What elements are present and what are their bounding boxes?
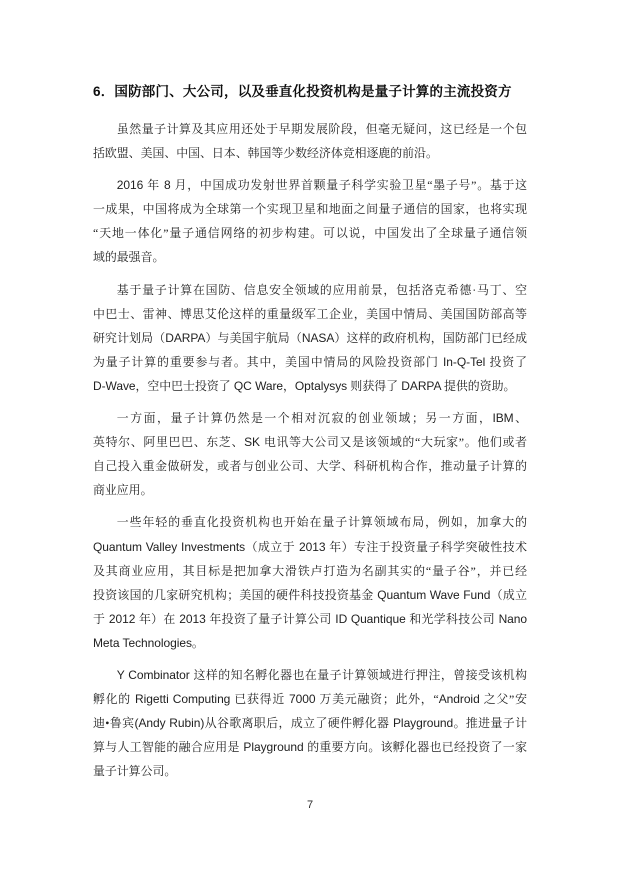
paragraph-line: 于 2012 年）在 2013 年投资了量子计算公司 ID Quantique … <box>93 607 527 631</box>
paragraph-line: 2016 年 8 月，中国成功发射世界首颗量子科学实验卫星“墨子号”。基于这 <box>93 173 527 197</box>
paragraph: 2016 年 8 月，中国成功发射世界首颗量子科学实验卫星“墨子号”。基于这一成… <box>93 173 527 269</box>
section-heading: 6．国防部门、大公司，以及垂直化投资机构是量子计算的主流投资方 <box>93 84 527 99</box>
paragraph-line: 迪•鲁宾(Andy Rubin)从谷歌离职后，成立了硬件孵化器 Playgrou… <box>93 711 527 735</box>
paragraph-line: 一方面，量子计算仍然是一个相对沉寂的创业领域；另一方面，IBM、Google、 <box>93 406 527 430</box>
paragraph-line: 投资该国的几家研究机构；美国的硬件科技投资基金 Quantum Wave Fun… <box>93 583 527 607</box>
paragraph: 一些年轻的垂直化投资机构也开始在量子计算领域布局，例如，加拿大的Quantum … <box>93 510 527 655</box>
document-page: 6．国防部门、大公司，以及垂直化投资机构是量子计算的主流投资方 虽然量子计算及其… <box>0 0 620 877</box>
paragraph-line: 虽然量子计算及其应用还处于早期发展阶段，但毫无疑问，这已经是一个包 <box>93 117 527 141</box>
paragraph-line: 中巴士、雷神、博思艾伦这样的重量级军工企业，美国中情局、美国国防部高等 <box>93 302 527 326</box>
paragraph-line: 一些年轻的垂直化投资机构也开始在量子计算领域布局，例如，加拿大的 <box>93 510 527 534</box>
paragraph-line: 孵化的 Rigetti Computing 已获得近 7000 万美元融资；此外… <box>93 687 527 711</box>
paragraph-line: Y Combinator 这样的知名孵化器也在量子计算领域进行押注，曾接受该机构 <box>93 663 527 687</box>
paragraph-line: 商业应用。 <box>93 478 527 502</box>
paragraph: Y Combinator 这样的知名孵化器也在量子计算领域进行押注，曾接受该机构… <box>93 663 527 783</box>
paragraph-line: 英特尔、阿里巴巴、东芝、SK 电讯等大公司又是该领域的“大玩家”。他们或者 <box>93 430 527 454</box>
paragraph: 基于量子计算在国防、信息安全领域的应用前景，包括洛克希德·马丁、空中巴士、雷神、… <box>93 278 527 398</box>
paragraph-line: 量子计算公司。 <box>93 759 527 783</box>
paragraph-line: 为量子计算的重要参与者。其中，美国中情局的风险投资部门 In-Q-Tel 投资了 <box>93 350 527 374</box>
paragraph: 虽然量子计算及其应用还处于早期发展阶段，但毫无疑问，这已经是一个包括欧盟、美国、… <box>93 117 527 165</box>
paragraph-line: Quantum Valley Investments（成立于 2013 年）专注… <box>93 535 527 559</box>
paragraph-line: Meta Technologies。 <box>93 631 527 655</box>
paragraph-line: 及其商业应用，其目标是把加拿大滑铁卢打造为名副其实的“量子谷”，并已经 <box>93 559 527 583</box>
paragraph-line: 一成果，中国将成为全球第一个实现卫星和地面之间量子通信的国家，也将实现 <box>93 197 527 221</box>
paragraph-line: 自己投入重金做研发，或者与创业公司、大学、科研机构合作，推动量子计算的 <box>93 454 527 478</box>
paragraph-line: D-Wave，空中巴士投资了 QC Ware，Optalysys 则获得了 DA… <box>93 374 527 398</box>
page-number: 7 <box>93 799 527 812</box>
paragraph: 一方面，量子计算仍然是一个相对沉寂的创业领域；另一方面，IBM、Google、英… <box>93 406 527 502</box>
paragraph-line: “天地一体化”量子通信网络的初步构建。可以说，中国发出了全球量子通信领 <box>93 221 527 245</box>
paragraph-line: 研究计划局（DARPA）与美国宇航局（NASA）这样的政府机构，国防部门已经成 <box>93 326 527 350</box>
paragraph-line: 括欧盟、美国、中国、日本、韩国等少数经济体竞相逐鹿的前沿。 <box>93 141 527 165</box>
paragraph-line: 域的最强音。 <box>93 245 527 269</box>
paragraph-line: 基于量子计算在国防、信息安全领域的应用前景，包括洛克希德·马丁、空 <box>93 278 527 302</box>
paragraph-line: 算与人工智能的融合应用是 Playground 的重要方向。该孵化器也已经投资了… <box>93 735 527 759</box>
document-body: 虽然量子计算及其应用还处于早期发展阶段，但毫无疑问，这已经是一个包括欧盟、美国、… <box>93 117 527 783</box>
